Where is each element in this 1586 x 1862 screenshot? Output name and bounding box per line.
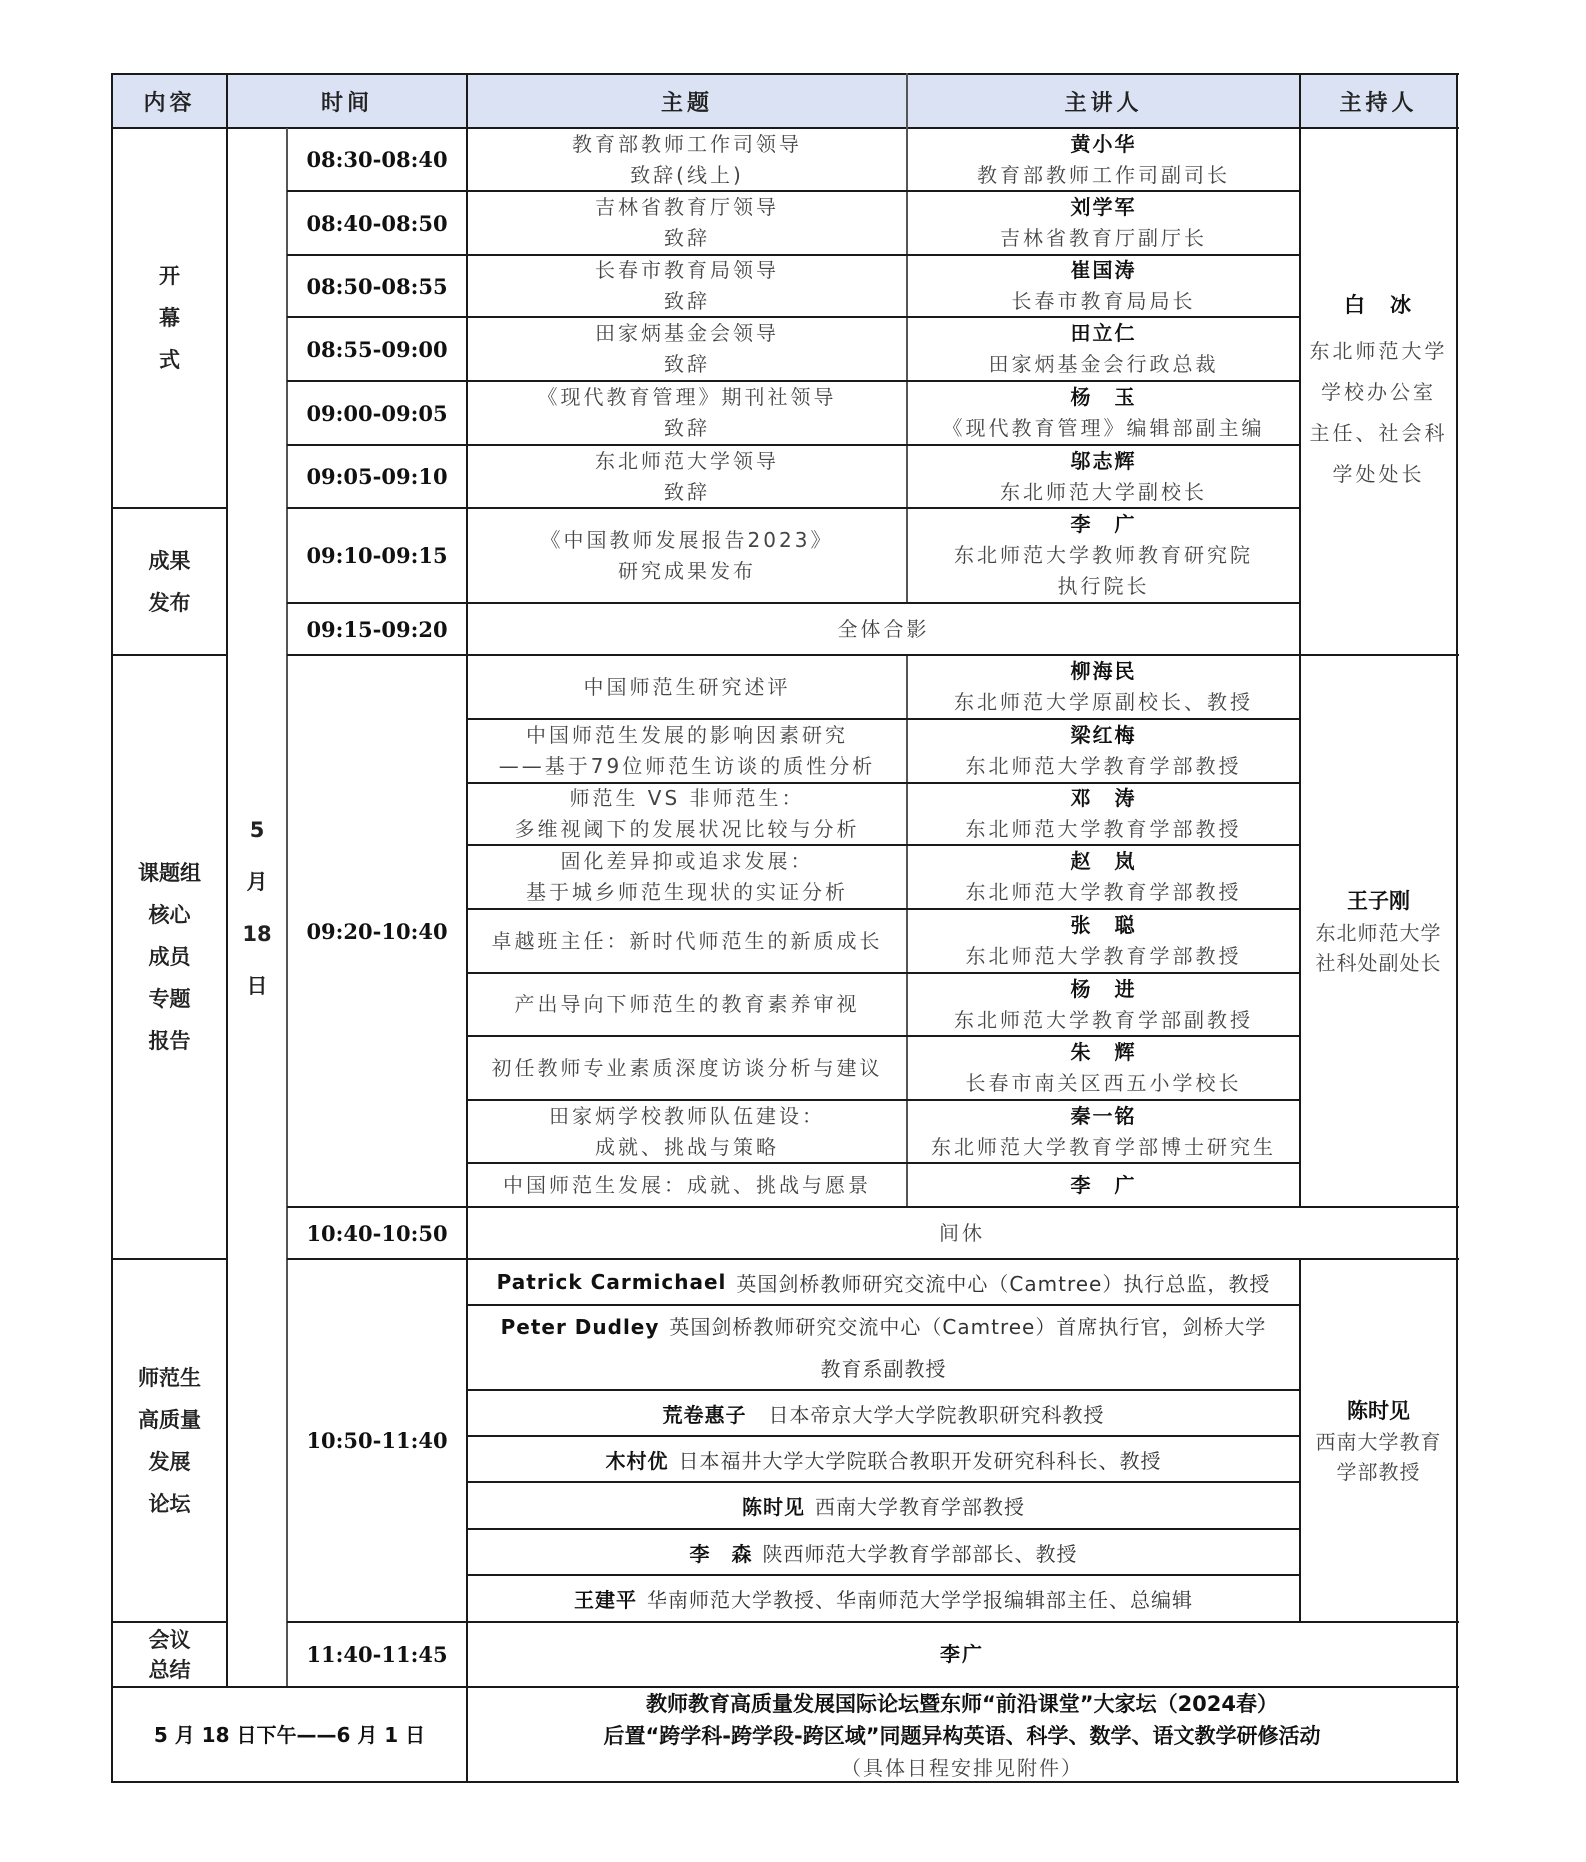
topic-cell: 东北师范大学领导致辞 <box>467 445 907 508</box>
forum-speaker-desc: 西南大学教育学部教授 <box>815 1491 1025 1520</box>
speaker-name: 朱 辉 <box>1071 1037 1137 1068</box>
border <box>287 654 1459 656</box>
header-content-label: 内容 <box>143 86 195 117</box>
border <box>287 1258 1459 1260</box>
speaker-title: 东北师范大学教育学部教授 <box>966 751 1242 782</box>
section-text: 开 <box>159 255 180 297</box>
speaker-name: 杨 玉 <box>1071 382 1137 413</box>
speaker-title: 东北师范大学教育学部博士研究生 <box>931 1132 1276 1163</box>
topic-text: 多维视阈下的发展状况比较与分析 <box>515 814 860 845</box>
topic-cell: 中国师范生发展的影响因素研究——基于79位师范生访谈的质性分析 <box>467 719 907 783</box>
border <box>467 1574 1300 1576</box>
date-text: 5 <box>250 804 265 856</box>
speaker-cell: 张 聪东北师范大学教育学部教授 <box>907 909 1300 973</box>
time-cell: 09:05-09:10 <box>287 445 467 508</box>
border <box>287 444 1300 446</box>
topic-text: 产出导向下师范生的教育素养审视 <box>515 989 860 1020</box>
section-text: 课题组 <box>138 852 201 894</box>
speaker-name: 黄小华 <box>1071 129 1137 160</box>
section-opening: 开 幕 式 <box>112 128 227 508</box>
border <box>112 1258 227 1260</box>
border <box>467 1435 1300 1437</box>
forum-speaker-desc: 日本帝京大学大学院教职研究科教授 <box>769 1399 1105 1428</box>
topic-cell: 产出导向下师范生的教育素养审视 <box>467 973 907 1036</box>
topic-cell: 卓越班主任：新时代师范生的新质成长 <box>467 909 907 973</box>
forum-speaker-name: Peter Dudley <box>501 1315 660 1339</box>
time-cell: 09:15-09:20 <box>287 603 467 655</box>
speaker-cell: 杨 进东北师范大学教育学部副教授 <box>907 973 1300 1036</box>
section-text: 论坛 <box>149 1483 191 1525</box>
summary-speaker-name: 李广 <box>940 1639 984 1670</box>
speaker-name: 刘学军 <box>1071 192 1137 223</box>
header-time: 时间 <box>227 74 467 128</box>
border <box>467 1099 1300 1101</box>
topic-cell: 《现代教育管理》期刊社领导致辞 <box>467 381 907 445</box>
header-host: 主持人 <box>1300 74 1457 128</box>
border <box>287 1621 1459 1623</box>
time-cell: 09:20-10:40 <box>287 655 467 1207</box>
speaker-title: 长春市教育局局长 <box>1012 286 1196 317</box>
border <box>1456 73 1458 1783</box>
speaker-title: 东北师范大学教育学部教授 <box>966 877 1242 908</box>
speaker-title: 东北师范大学教育学部教授 <box>966 814 1242 845</box>
section-text: 师范生 <box>138 1357 201 1399</box>
header-host-label: 主持人 <box>1339 86 1417 117</box>
topic-cell: 中国师范生研究述评 <box>467 655 907 719</box>
host-title: 社科处副处长 <box>1316 948 1442 978</box>
border <box>112 73 1459 75</box>
border <box>467 1389 1300 1391</box>
footer-activity-cell: 教师教育高质量发展国际论坛暨东师“前沿课堂”大家坛（2024春） 后置“跨学科-… <box>467 1687 1457 1782</box>
forum-speaker-row: Peter Dudley英国剑桥教师研究交流中心（Camtree）首席执行官，剑… <box>467 1305 1300 1390</box>
time-text: 11:40-11:45 <box>306 1642 447 1667</box>
border <box>112 1686 1459 1688</box>
topic-text: 中国师范生发展的影响因素研究 <box>526 720 848 751</box>
speaker-cell: 黄小华教育部教师工作司副司长 <box>907 128 1300 191</box>
section-text: 会议 <box>149 1625 191 1655</box>
section-text: 核心 <box>149 894 191 936</box>
date-text: 月 <box>247 856 268 908</box>
header-topic-label: 主题 <box>661 86 713 117</box>
section-text: 报告 <box>149 1020 191 1062</box>
topic-cell: 固化差异抑或追求发展：基于城乡师范生现状的实证分析 <box>467 845 907 909</box>
topic-text: 田家炳基金会领导 <box>595 318 779 349</box>
host-name: 王子刚 <box>1347 884 1410 918</box>
forum-speaker-row: 陈时见西南大学教育学部教授 <box>467 1482 1300 1529</box>
host-forum-cell: 陈时见 西南大学教育 学部教授 <box>1300 1259 1457 1622</box>
topic-text: 中国师范生发展：成就、挑战与愿景 <box>503 1170 871 1201</box>
section-summary: 会议 总结 <box>112 1622 227 1687</box>
border <box>467 972 1300 974</box>
forum-speaker-desc: 日本福井大学大学院联合教职开发研究科科长、教授 <box>679 1445 1162 1474</box>
speaker-name: 梁红梅 <box>1071 720 1137 751</box>
header-speaker: 主讲人 <box>907 74 1300 128</box>
speaker-title: 东北师范大学教育学部副教授 <box>954 1005 1253 1036</box>
speaker-title: 东北师范大学教师教育研究院 <box>954 540 1253 571</box>
host-title: 学处处长 <box>1333 454 1425 495</box>
border <box>1299 1259 1301 1622</box>
topic-text: 研究成果发布 <box>618 556 756 587</box>
topic-text: 田家炳学校教师队伍建设： <box>549 1101 825 1132</box>
break-text: 间休 <box>939 1218 985 1249</box>
topic-cell: 初任教师专业素质深度访谈分析与建议 <box>467 1036 907 1100</box>
time-text: 09:15-09:20 <box>306 617 447 642</box>
topic-cell: 田家炳学校教师队伍建设：成就、挑战与策略 <box>467 1100 907 1163</box>
time-cell: 09:00-09:05 <box>287 381 467 445</box>
time-text: 08:40-08:50 <box>306 211 447 236</box>
footer-activity-subtitle: 后置“跨学科-跨学段-跨区域”同题异构英语、科学、数学、语文教学研修活动 <box>603 1720 1320 1752</box>
topic-cell: 吉林省教育厅领导致辞 <box>467 191 907 255</box>
border <box>906 73 908 604</box>
border <box>111 73 113 1783</box>
speaker-cell: 崔国涛长春市教育局局长 <box>907 255 1300 317</box>
border <box>467 782 1300 784</box>
border <box>112 1781 1459 1783</box>
section-text: 专题 <box>149 978 191 1020</box>
section-text: 成员 <box>149 936 191 978</box>
topic-text: 师范生 VS 非师范生： <box>569 783 804 814</box>
topic-text: 中国师范生研究述评 <box>584 672 791 703</box>
border <box>287 1206 1459 1208</box>
speaker-title: 田家炳基金会行政总裁 <box>989 349 1219 380</box>
border <box>906 655 908 1207</box>
border <box>287 507 1300 509</box>
footer-activity-title: 教师教育高质量发展国际论坛暨东师“前沿课堂”大家坛（2024春） <box>646 1688 1278 1720</box>
speaker-name: 崔国涛 <box>1071 255 1137 286</box>
topic-text: 长春市教育局领导 <box>595 255 779 286</box>
time-text: 08:50-08:55 <box>306 274 447 299</box>
forum-speaker-row: Patrick Carmichael英国剑桥教师研究交流中心（Camtree）执… <box>467 1259 1300 1305</box>
speaker-title: 《现代教育管理》编辑部副主编 <box>943 413 1265 444</box>
speaker-title: 长春市南关区西五小学校长 <box>966 1068 1242 1099</box>
topic-cell: 教育部教师工作司领导致辞(线上) <box>467 128 907 191</box>
speaker-cell: 李 广东北师范大学教师教育研究院执行院长 <box>907 508 1300 603</box>
footer-dates-cell: 5 月 18 日下午——6 月 1 日 <box>112 1687 467 1782</box>
time-cell: 08:30-08:40 <box>287 128 467 191</box>
speaker-title: 东北师范大学教育学部教授 <box>966 941 1242 972</box>
speaker-title: 东北师范大学副校长 <box>1000 477 1207 508</box>
speaker-cell: 杨 玉《现代教育管理》编辑部副主编 <box>907 381 1300 445</box>
speaker-cell: 秦一铭东北师范大学教育学部博士研究生 <box>907 1100 1300 1163</box>
header-time-label: 时间 <box>321 86 373 117</box>
speaker-name: 李 广 <box>1071 509 1137 540</box>
time-cell: 10:50-11:40 <box>287 1259 467 1622</box>
border <box>287 602 1300 604</box>
border <box>287 190 1300 192</box>
section-text: 总结 <box>149 1655 191 1685</box>
topic-text: 致辞 <box>664 223 710 254</box>
border <box>287 380 1300 382</box>
speaker-cell: 李 广 <box>907 1163 1300 1207</box>
speaker-name: 张 聪 <box>1071 910 1137 941</box>
host-reports-cell: 王子刚 东北师范大学 社科处副处长 <box>1300 655 1457 1207</box>
time-text: 09:20-10:40 <box>306 919 447 944</box>
border <box>112 1621 227 1623</box>
time-cell: 10:40-10:50 <box>287 1207 467 1259</box>
speaker-name: 李 广 <box>1071 1170 1137 1201</box>
date-text: 18 <box>242 908 271 960</box>
forum-speaker-name: 木村优 <box>606 1445 669 1474</box>
border <box>287 316 1300 318</box>
forum-speaker-name: 李 森 <box>690 1538 753 1567</box>
time-text: 08:30-08:40 <box>306 147 447 172</box>
forum-speaker-desc: 英国剑桥教师研究交流中心（Camtree）执行总监，教授 <box>736 1268 1270 1297</box>
header-content: 内容 <box>112 74 227 128</box>
host-name: 白 冰 <box>1344 289 1413 319</box>
speaker-cell: 朱 辉长春市南关区西五小学校长 <box>907 1036 1300 1100</box>
date-text: 日 <box>247 960 268 1012</box>
topic-text: 教育部教师工作司领导 <box>572 129 802 160</box>
topic-text: 东北师范大学领导 <box>595 446 779 477</box>
time-text: 10:40-10:50 <box>306 1221 447 1246</box>
break-cell: 间休 <box>467 1207 1457 1259</box>
forum-speaker-row: 荒卷惠子日本帝京大学大学院教职研究科教授 <box>467 1390 1300 1436</box>
section-text: 式 <box>159 339 180 381</box>
speaker-cell: 邓 涛东北师范大学教育学部教授 <box>907 783 1300 845</box>
speaker-name: 邬志辉 <box>1071 446 1137 477</box>
section-text: 高质量 <box>138 1399 201 1441</box>
topic-cell: 中国师范生发展：成就、挑战与愿景 <box>467 1163 907 1207</box>
topic-text: 《现代教育管理》期刊社领导 <box>538 382 837 413</box>
topic-text: 初任教师专业素质深度访谈分析与建议 <box>492 1053 883 1084</box>
host-title: 东北师范大学 <box>1316 918 1442 948</box>
host-title: 主任、社会科 <box>1310 413 1448 454</box>
summary-speaker-cell: 李广 <box>467 1622 1457 1687</box>
forum-speaker-desc: 华南师范大学教授、华南师范大学学报编辑部主任、总编辑 <box>647 1584 1193 1613</box>
group-photo-text: 全体合影 <box>838 614 930 645</box>
border <box>226 73 228 1688</box>
speaker-cell: 柳海民东北师范大学原副校长、教授 <box>907 655 1300 719</box>
host-opening-cell: 白 冰 东北师范大学 学校办公室 主任、社会科 学处处长 <box>1300 128 1457 655</box>
group-photo-cell: 全体合影 <box>467 603 1300 655</box>
forum-speaker-name: Patrick Carmichael <box>497 1270 727 1294</box>
forum-speaker-name: 陈时见 <box>742 1491 805 1520</box>
time-text: 10:50-11:40 <box>306 1428 447 1453</box>
host-title: 学部教授 <box>1337 1457 1421 1487</box>
topic-cell: 田家炳基金会领导致辞 <box>467 317 907 381</box>
topic-text: 吉林省教育厅领导 <box>595 192 779 223</box>
time-cell: 08:50-08:55 <box>287 255 467 317</box>
topic-text: 致辞 <box>664 413 710 444</box>
border <box>467 844 1300 846</box>
border <box>467 1035 1300 1037</box>
topic-text: 卓越班主任：新时代师范生的新质成长 <box>492 926 883 957</box>
time-text: 09:10-09:15 <box>306 543 447 568</box>
speaker-name: 秦一铭 <box>1071 1101 1137 1132</box>
time-cell: 08:40-08:50 <box>287 191 467 255</box>
topic-text: 致辞 <box>664 349 710 380</box>
time-text: 09:05-09:10 <box>306 464 447 489</box>
forum-speaker-name: 王建平 <box>574 1584 637 1613</box>
border <box>112 654 227 656</box>
speaker-cell: 邬志辉东北师范大学副校长 <box>907 445 1300 508</box>
border <box>286 128 288 1687</box>
border <box>112 127 1459 129</box>
topic-text: 基于城乡师范生现状的实证分析 <box>526 877 848 908</box>
topic-cell: 师范生 VS 非师范生：多维视阈下的发展状况比较与分析 <box>467 783 907 845</box>
forum-speaker-desc: 陕西师范大学教育学部部长、教授 <box>763 1538 1078 1567</box>
section-forum: 师范生 高质量 发展 论坛 <box>112 1259 227 1622</box>
time-text: 09:00-09:05 <box>306 401 447 426</box>
host-name: 陈时见 <box>1347 1395 1410 1427</box>
section-text: 成果 <box>149 540 191 582</box>
speaker-name: 杨 进 <box>1071 974 1137 1005</box>
topic-text: 成就、挑战与策略 <box>595 1132 779 1163</box>
topic-text: 致辞 <box>664 286 710 317</box>
border <box>466 73 468 1783</box>
forum-speaker-desc: 英国剑桥教师研究交流中心（Camtree）首席执行官，剑桥大学 <box>669 1315 1266 1339</box>
forum-speaker-row: 木村优日本福井大学大学院联合教职开发研究科科长、教授 <box>467 1436 1300 1482</box>
host-title: 西南大学教育 <box>1316 1427 1442 1457</box>
speaker-cell: 刘学军吉林省教育厅副厅长 <box>907 191 1300 255</box>
footer-note: （具体日程安排见附件） <box>841 1752 1083 1781</box>
host-title: 东北师范大学 <box>1310 331 1448 372</box>
header-speaker-label: 主讲人 <box>1064 86 1142 117</box>
border <box>467 1481 1300 1483</box>
speaker-title: 吉林省教育厅副厅长 <box>1000 223 1207 254</box>
time-cell: 09:10-09:15 <box>287 508 467 603</box>
section-text: 发展 <box>149 1441 191 1483</box>
section-results: 成果 发布 <box>112 508 227 655</box>
topic-cell: 长春市教育局领导致辞 <box>467 255 907 317</box>
topic-cell: 《中国教师发展报告2023》研究成果发布 <box>467 508 907 603</box>
speaker-title: 教育部教师工作司副司长 <box>977 160 1230 191</box>
speaker-name: 邓 涛 <box>1071 783 1137 814</box>
section-text: 幕 <box>159 297 180 339</box>
time-cell: 11:40-11:45 <box>287 1622 467 1687</box>
forum-speaker-row: 王建平华南师范大学教授、华南师范大学学报编辑部主任、总编辑 <box>467 1575 1300 1622</box>
speaker-name: 赵 岚 <box>1071 846 1137 877</box>
forum-speaker-desc: 教育系副教授 <box>821 1348 947 1390</box>
speaker-title: 执行院长 <box>1058 571 1150 602</box>
section-reports: 课题组 核心 成员 专题 报告 <box>112 655 227 1259</box>
topic-text: 《中国教师发展报告2023》 <box>541 525 834 556</box>
topic-text: 致辞 <box>664 477 710 508</box>
speaker-cell: 田立仁田家炳基金会行政总裁 <box>907 317 1300 381</box>
footer-dates: 5 月 18 日下午——6 月 1 日 <box>154 1719 425 1751</box>
border <box>287 254 1300 256</box>
border <box>467 718 1300 720</box>
speaker-cell: 梁红梅东北师范大学教育学部教授 <box>907 719 1300 783</box>
time-cell: 08:55-09:00 <box>287 317 467 381</box>
section-text: 发布 <box>149 582 191 624</box>
border <box>467 1162 1300 1164</box>
time-text: 08:55-09:00 <box>306 337 447 362</box>
forum-speaker-row: 李 森陕西师范大学教育学部部长、教授 <box>467 1529 1300 1575</box>
forum-speaker-name: 荒卷惠子 <box>663 1399 747 1428</box>
topic-text: ——基于79位师范生访谈的质性分析 <box>499 751 875 782</box>
border <box>112 507 227 509</box>
speaker-name: 柳海民 <box>1071 656 1137 687</box>
border <box>467 1528 1300 1530</box>
topic-text: 致辞(线上) <box>630 160 744 191</box>
topic-text: 固化差异抑或追求发展： <box>561 846 814 877</box>
border <box>467 908 1300 910</box>
host-title: 学校办公室 <box>1321 372 1436 413</box>
speaker-title: 东北师范大学原副校长、教授 <box>954 687 1253 718</box>
header-topic: 主题 <box>467 74 907 128</box>
speaker-name: 田立仁 <box>1071 318 1137 349</box>
date-column: 5 月 18 日 <box>227 128 287 1687</box>
speaker-cell: 赵 岚东北师范大学教育学部教授 <box>907 845 1300 909</box>
border <box>467 1304 1300 1306</box>
